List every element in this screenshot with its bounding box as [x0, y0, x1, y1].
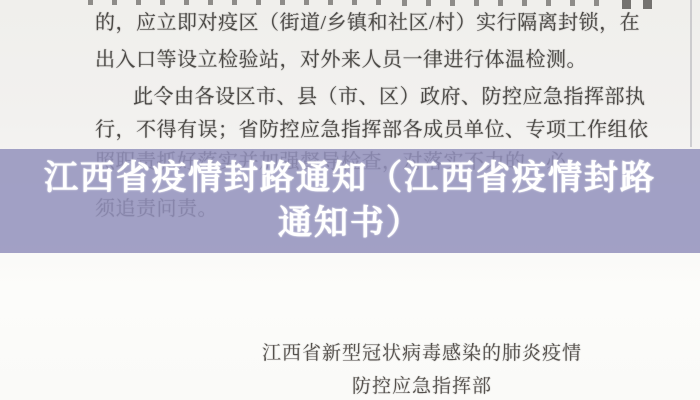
document-line: 此令由各设区市、县（市、区）政府、防控应急指挥部执 [133, 84, 646, 110]
document-line: 行，不得有误；省防控应急指挥部各成员单位、专项工作组依 [95, 117, 649, 143]
document-line: 的，应立即对疫区（街道/乡镇和社区/村）实行隔离封锁，在 [95, 10, 640, 36]
clipped-text-fragments [88, 0, 388, 5]
signature-block: 江西省新型冠状病毒感染的肺炎疫情 防控应急指挥部 [142, 337, 700, 400]
scanned-notice-screenshot: 的，应立即对疫区（街道/乡镇和社区/村）实行隔离封锁，在 出入口等设立检验站，对… [0, 0, 700, 400]
clipped-text-fragments [402, 0, 607, 6]
overlay-title-line1: 江西省疫情封路通知（江西省疫情封路 [0, 156, 700, 201]
overlay-title-line2: 通知书） [0, 201, 700, 246]
signature-line2: 防控应急指挥部 [142, 370, 700, 400]
scan-edge-line [690, 0, 692, 147]
clipped-text-fragments [622, 0, 662, 9]
signature-line1: 江西省新型冠状病毒感染的肺炎疫情 [142, 337, 700, 370]
document-line: 出入口等设立检验站，对外来人员一律进行体温检测。 [95, 47, 587, 73]
title-overlay-banner: 江西省疫情封路通知（江西省疫情封路 通知书） [0, 149, 700, 253]
